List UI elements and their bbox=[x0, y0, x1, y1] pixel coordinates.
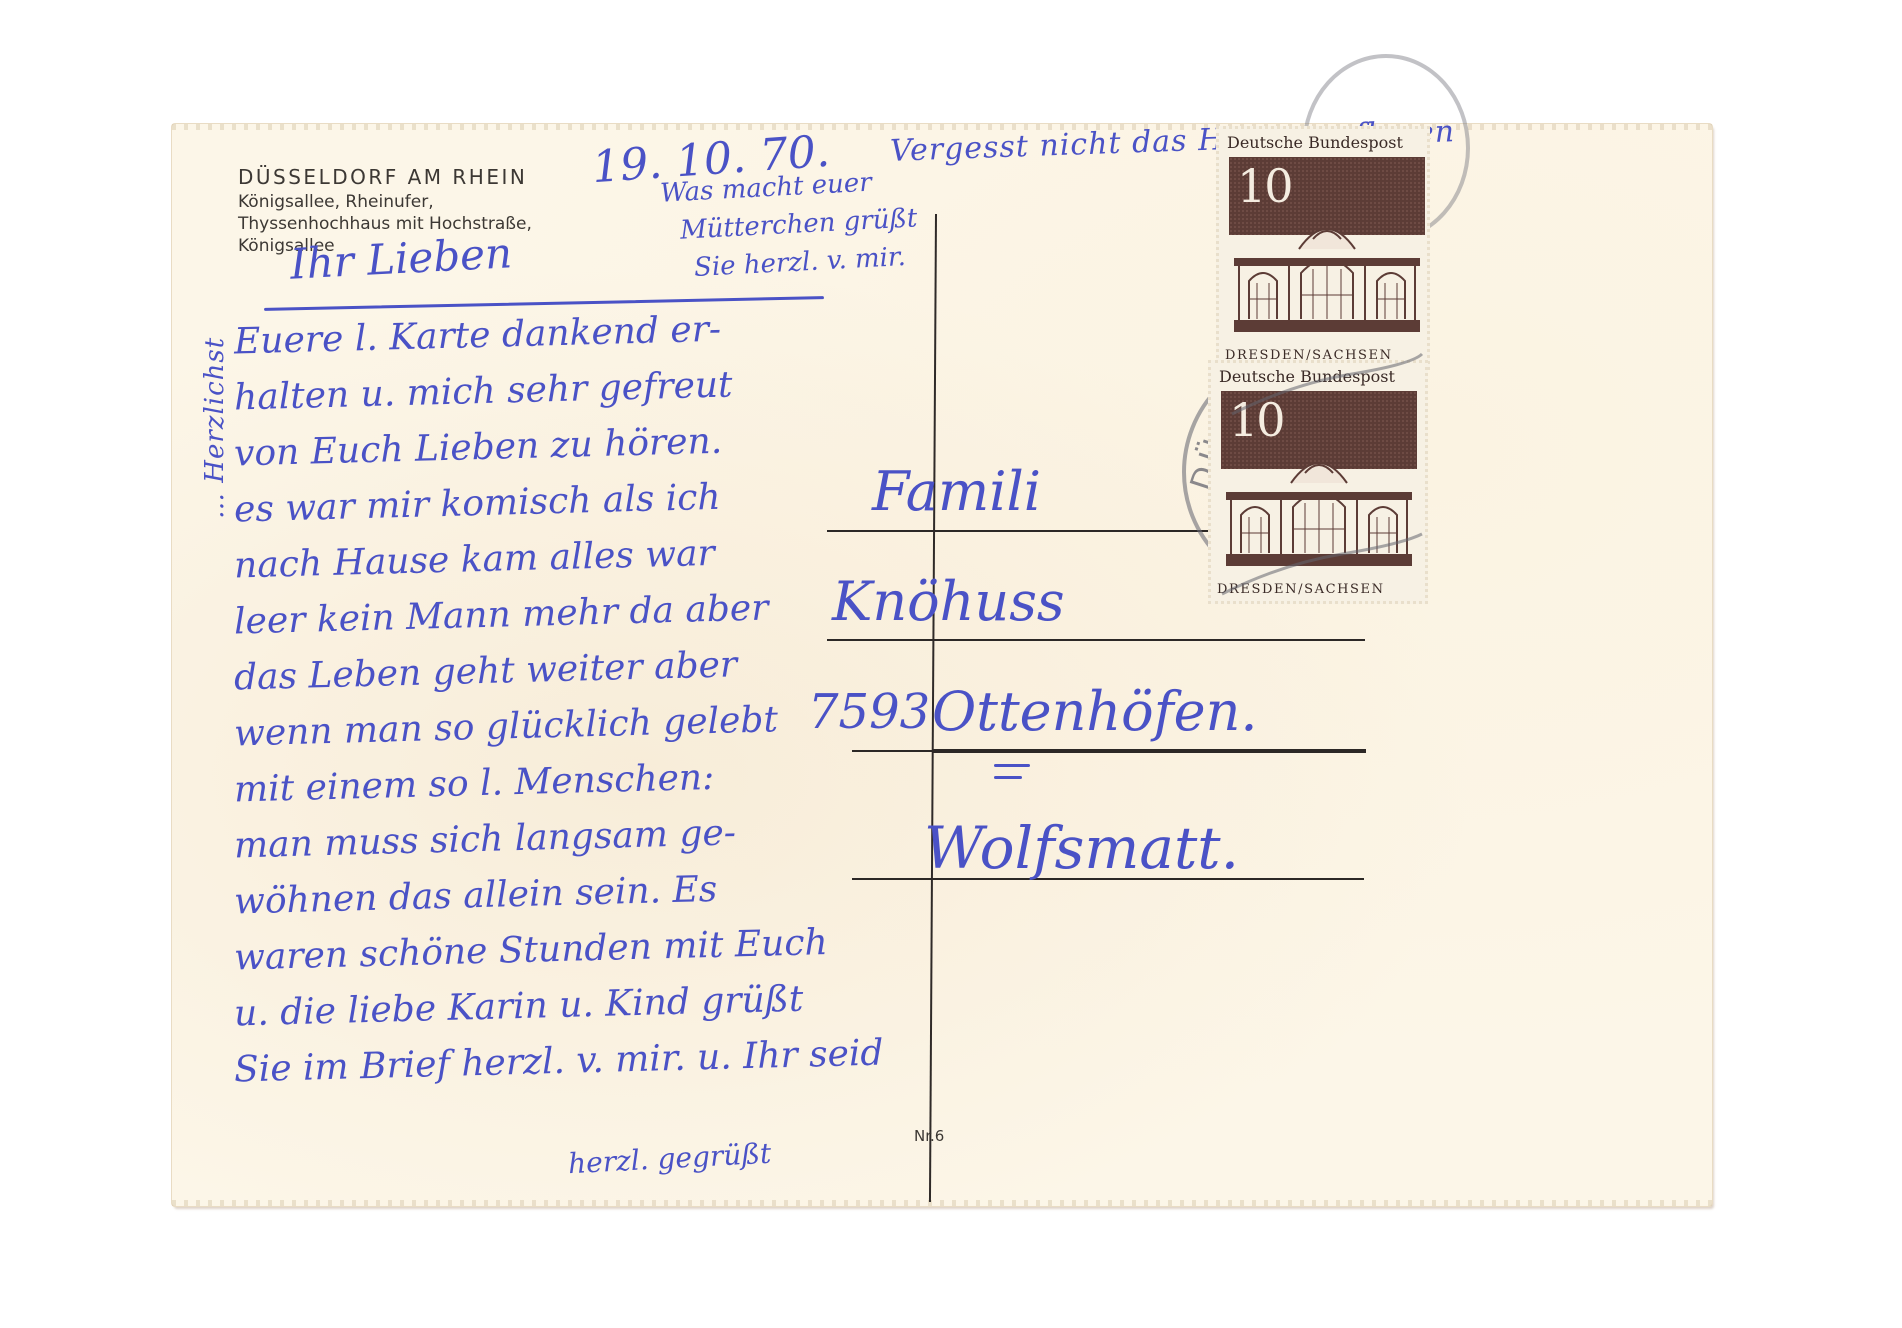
card-number: Nr.6 bbox=[914, 1127, 944, 1145]
zip-underline-mark bbox=[994, 776, 1022, 779]
postcard-back: DÜSSELDORF AM RHEIN Königsallee, Rheinuf… bbox=[172, 124, 1712, 1206]
address-rule bbox=[827, 639, 1365, 641]
stamp-footer: DRESDEN/SACHSEN bbox=[1217, 582, 1385, 597]
address-line-town: Ottenhöfen. bbox=[932, 680, 1258, 743]
caption-title: DÜSSELDORF AM RHEIN bbox=[238, 163, 532, 191]
zip-underline-mark bbox=[994, 764, 1030, 767]
stamp-value: 10 bbox=[1237, 159, 1292, 213]
greeting-aside: Was macht euer Mütterchen grüßt Sie herz… bbox=[659, 161, 920, 288]
deckle-edge-bottom bbox=[172, 1200, 1712, 1206]
stamp-header: Deutsche Bundespost bbox=[1219, 367, 1395, 386]
postage-stamp: Deutsche Bundespost 10 bbox=[1216, 126, 1430, 370]
address-line-name: Knöhuss bbox=[832, 570, 1065, 633]
stamp-header: Deutsche Bundespost bbox=[1227, 133, 1403, 152]
deckle-edge-top bbox=[172, 124, 1712, 130]
message-closing: herzl. gegrüßt bbox=[567, 1137, 772, 1181]
zwinger-pavilion-icon bbox=[1229, 209, 1425, 335]
address-line-street: Wolfsmatt. bbox=[924, 814, 1239, 882]
address-line-family: Famili bbox=[872, 460, 1041, 523]
caption-line: Königsallee, Rheinufer, bbox=[238, 191, 532, 213]
greeting: Ihr Lieben bbox=[289, 228, 513, 289]
postage-stamp: Deutsche Bundespost 10 bbox=[1208, 360, 1428, 604]
address-line-zip: 7593 bbox=[808, 684, 930, 740]
stamp-value: 10 bbox=[1229, 393, 1284, 447]
zwinger-pavilion-icon bbox=[1221, 443, 1417, 569]
message-body: Euere l. Karte dankend er- halten u. mic… bbox=[234, 306, 884, 1090]
address-rule bbox=[852, 750, 932, 752]
address-rule bbox=[932, 749, 1366, 753]
side-margin-note: … Herzlichst bbox=[200, 337, 230, 519]
